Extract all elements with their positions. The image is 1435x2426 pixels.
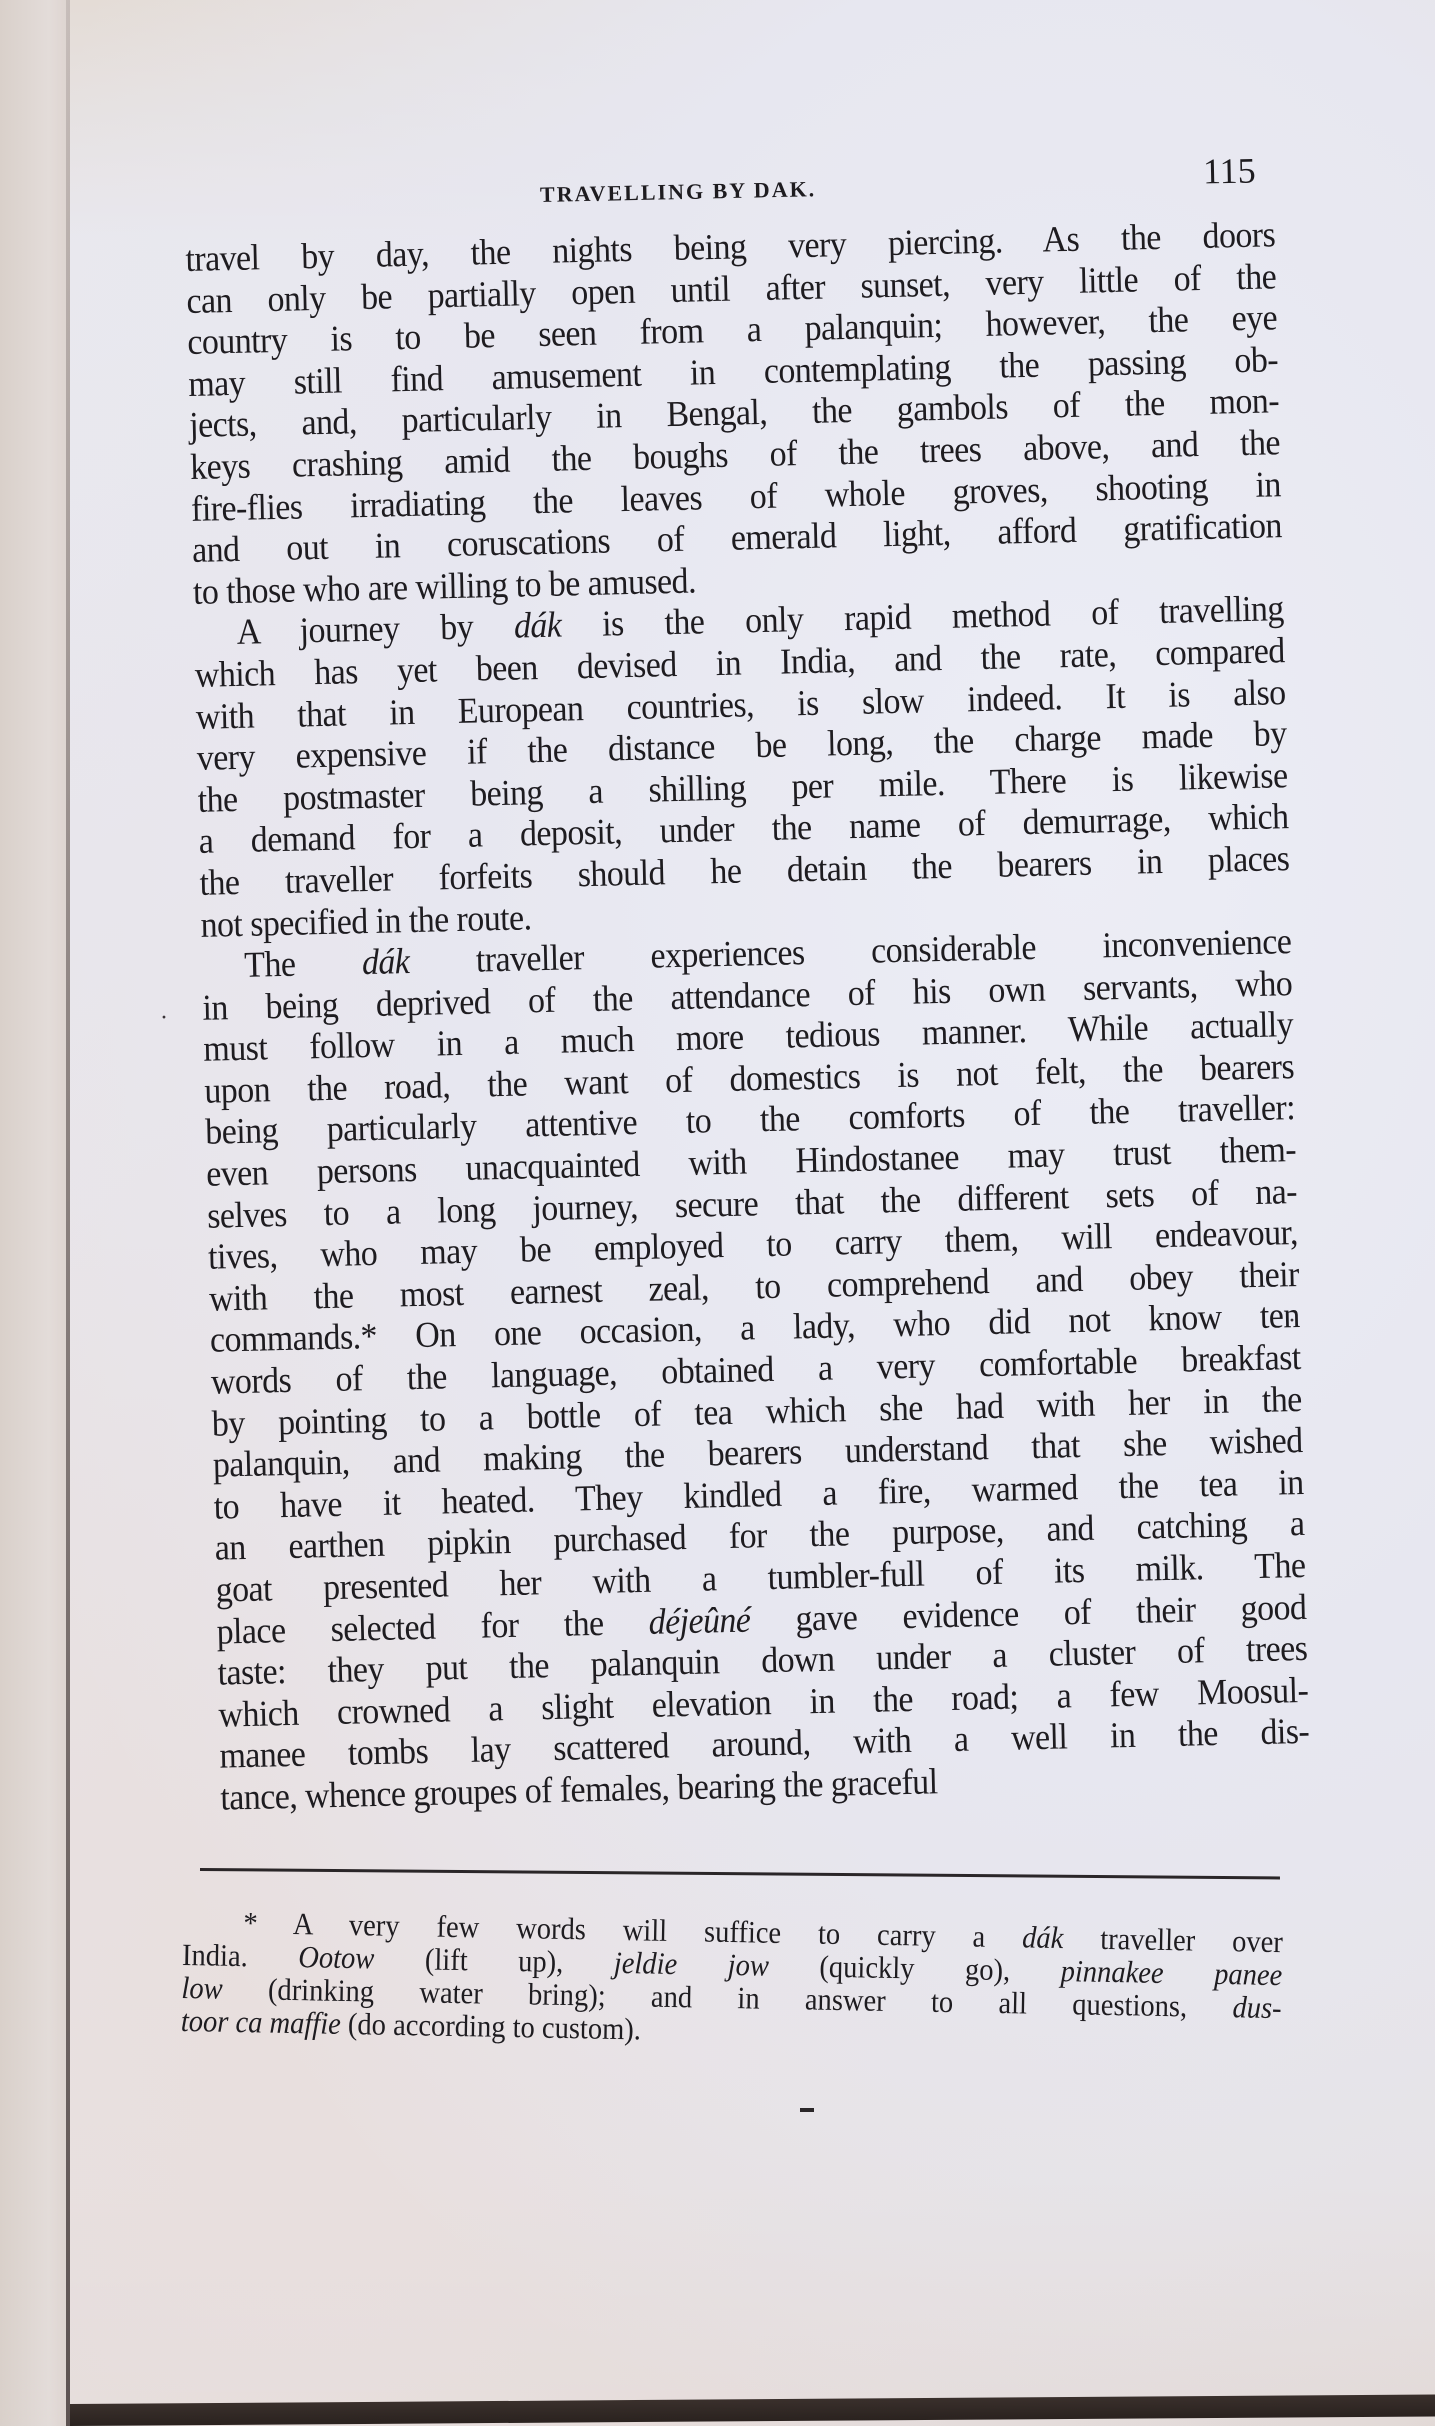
footnote-divider-rule xyxy=(200,1868,1280,1879)
book-bottom-edge xyxy=(70,2394,1435,2426)
italic-term: toor ca maffie xyxy=(181,2003,342,2041)
italic-term: dák xyxy=(513,604,561,646)
printer-dash-mark xyxy=(800,2108,814,2112)
body-text: travel by day, the nights being very pie… xyxy=(185,213,1311,1818)
footnote: * A very few words will suffice to carry… xyxy=(181,1905,1283,2057)
margin-speck-mark: · xyxy=(160,1005,168,1032)
italic-term: dus- xyxy=(1232,1989,1282,2025)
italic-term: dák xyxy=(361,940,409,982)
italic-term: dák xyxy=(1022,1919,1064,1955)
running-head: TRAVELLING BY DAK. xyxy=(540,176,817,208)
margin-speck-mark: · xyxy=(1288,1308,1296,1335)
page-gutter xyxy=(0,0,70,2426)
book-page: TRAVELLING BY DAK. 115 travel by day, th… xyxy=(0,0,1435,2426)
italic-term: low xyxy=(181,1970,223,2006)
italic-term: déjeûné xyxy=(648,1598,751,1641)
italic-term: jeldie jow xyxy=(614,1945,770,1983)
binding-edge-line xyxy=(66,0,70,2426)
page-number: 115 xyxy=(1203,149,1257,192)
italic-term: Ootow xyxy=(298,1939,375,1975)
